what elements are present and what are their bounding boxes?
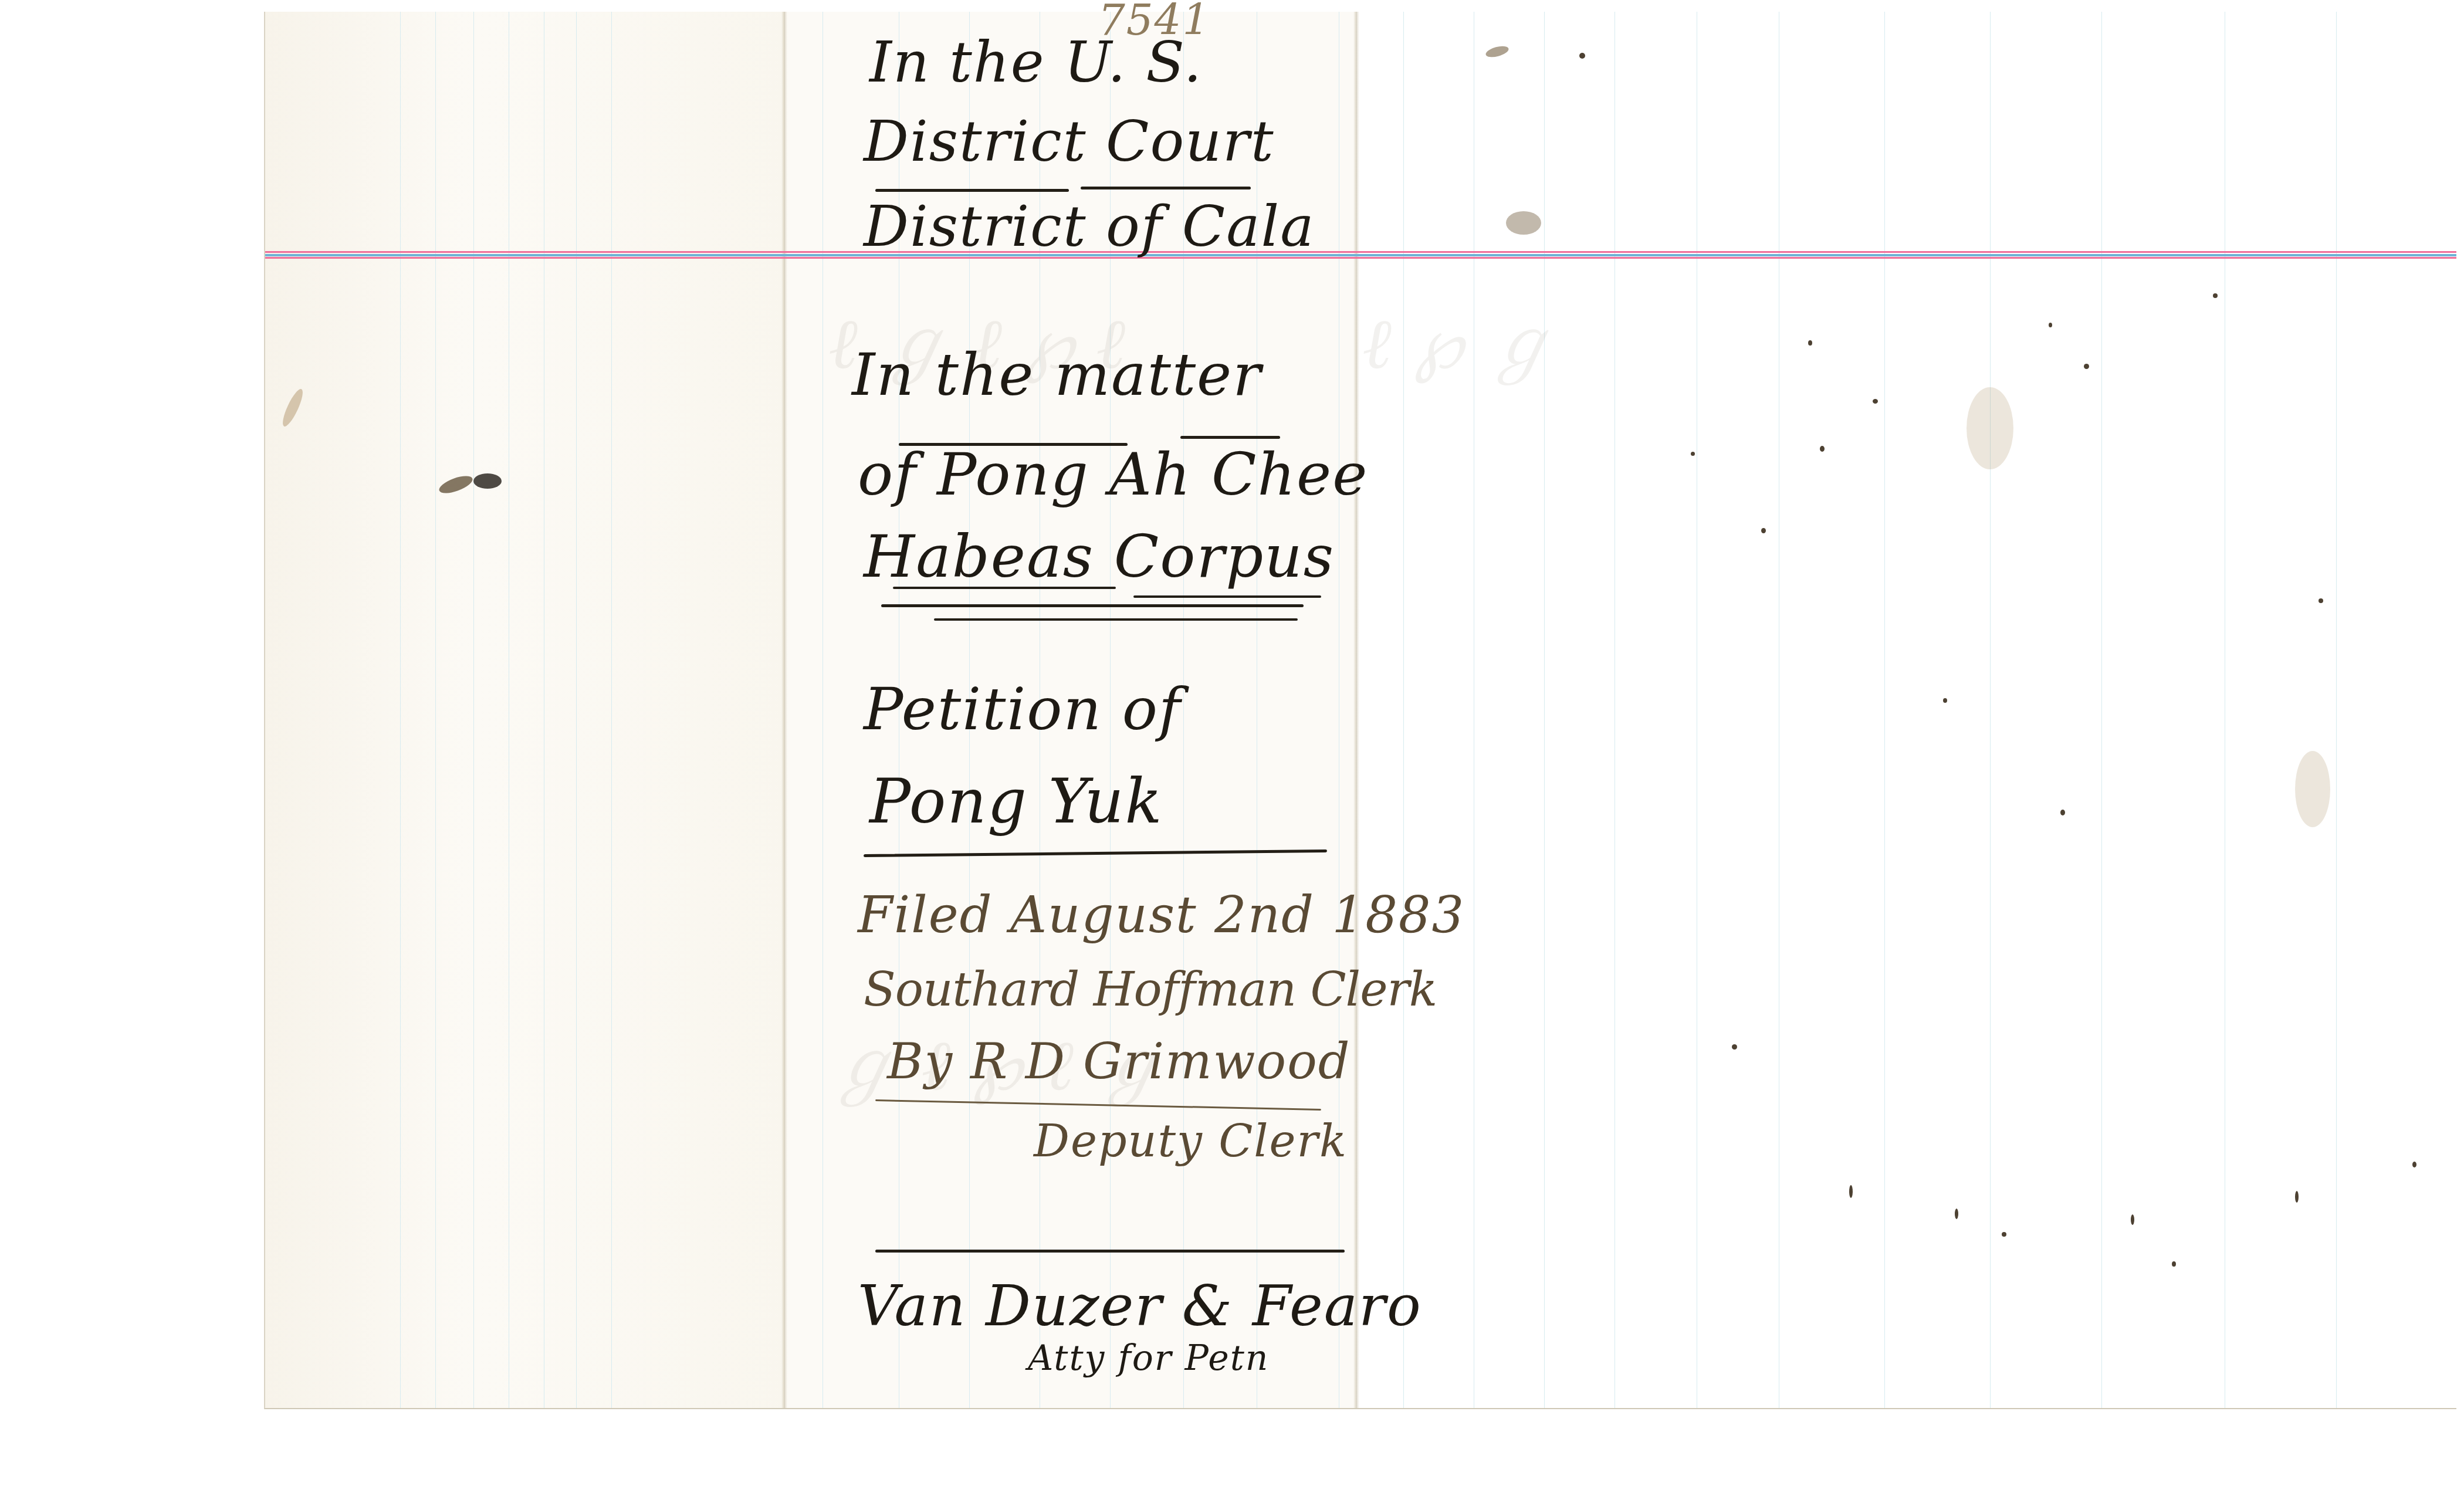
vertical-rule (1339, 12, 1339, 1408)
attorney-role: Atty for Petn (1028, 1338, 1270, 1379)
vertical-rule (1779, 12, 1779, 1408)
document-sheet: ℓ ℊ ℓ ℘ ℓ ℊ ℓ ℘ ℓ ℊ ℓ ℘ ℊ 7541 In the U.… (264, 12, 2456, 1409)
ink-stain (2295, 751, 2330, 827)
ink-stain (1506, 211, 1541, 235)
matter-line-1: In the matter (852, 340, 1262, 409)
vertical-rule (509, 12, 509, 1408)
underline (1180, 436, 1280, 439)
fold-line-left (781, 12, 787, 1408)
ink-speck (2172, 1261, 2176, 1267)
left-panel (265, 12, 784, 1408)
underline (1133, 595, 1321, 598)
ink-speck (2412, 1162, 2416, 1167)
ink-speck (1955, 1209, 1958, 1219)
filed-date-line: Filed August 2nd 1883 (858, 886, 1465, 945)
bleed-through-text: ℓ ℘ ℊ (1362, 287, 1556, 388)
court-line-1: In the U. S. (869, 29, 1203, 95)
vertical-rule (435, 12, 436, 1408)
ruling-red-top (265, 251, 2456, 253)
ink-speck (2084, 364, 2089, 369)
ink-stain (1967, 387, 2013, 469)
vertical-rule (576, 12, 577, 1408)
fold-line-right (1353, 12, 1359, 1408)
section-divider (881, 604, 1304, 607)
vertical-rule (1544, 12, 1545, 1408)
ink-speck (2131, 1214, 2134, 1225)
ink-speck (1849, 1185, 1853, 1198)
underline (1081, 187, 1251, 189)
court-line-2: District Court (864, 109, 1275, 174)
vertical-rule (2225, 12, 2225, 1408)
petition-line-2: Pong Yuk (869, 766, 1163, 837)
underline (875, 189, 1069, 192)
ink-speck (1873, 399, 1878, 404)
vertical-rule (611, 12, 612, 1408)
ink-speck (1579, 53, 1585, 59)
ink-speck (1820, 446, 1825, 452)
vertical-rule (400, 12, 401, 1408)
ink-speck (2049, 323, 2052, 327)
vertical-rule (544, 12, 544, 1408)
ink-speck (2060, 810, 2065, 815)
ruling-red-bottom (265, 257, 2456, 259)
matter-line-3: Habeas Corpus (864, 522, 1335, 591)
vertical-rule (1697, 12, 1697, 1408)
ink-speck (2295, 1191, 2299, 1203)
section-divider (934, 618, 1298, 621)
ink-speck (1808, 340, 1812, 346)
ink-speck (1732, 1044, 1737, 1050)
vertical-rule (1884, 12, 1885, 1408)
by-deputy-line: By R D Grimwood (887, 1033, 1351, 1090)
ink-speck (1761, 528, 1766, 533)
header-ruling (265, 251, 2456, 259)
deputy-clerk-line: Deputy Clerk (1034, 1115, 1348, 1167)
ink-speck (2002, 1232, 2006, 1237)
vertical-rule (473, 12, 474, 1408)
vertical-rule (823, 12, 823, 1408)
petition-line-1: Petition of (864, 675, 1182, 743)
ink-speck (2319, 598, 2323, 603)
matter-line-2: of Pong Ah Chee (858, 440, 1368, 509)
vertical-rule (1474, 12, 1474, 1408)
vertical-rule (2101, 12, 2102, 1408)
section-divider (875, 1250, 1345, 1253)
ink-speck (1943, 698, 1947, 703)
attorney-name: Van Duzer & Fearo (858, 1273, 1422, 1339)
ink-blot (473, 473, 502, 489)
court-line-3: District of Cala (864, 194, 1315, 259)
ruling-blue (265, 254, 2456, 256)
clerk-line: Southard Hoffman Clerk (864, 962, 1437, 1017)
vertical-rule (1990, 12, 1991, 1408)
vertical-rule (2336, 12, 2337, 1408)
vertical-rule (1615, 12, 1615, 1408)
ink-speck (2213, 293, 2218, 298)
ink-speck (1691, 452, 1695, 456)
vertical-rule (1403, 12, 1404, 1408)
